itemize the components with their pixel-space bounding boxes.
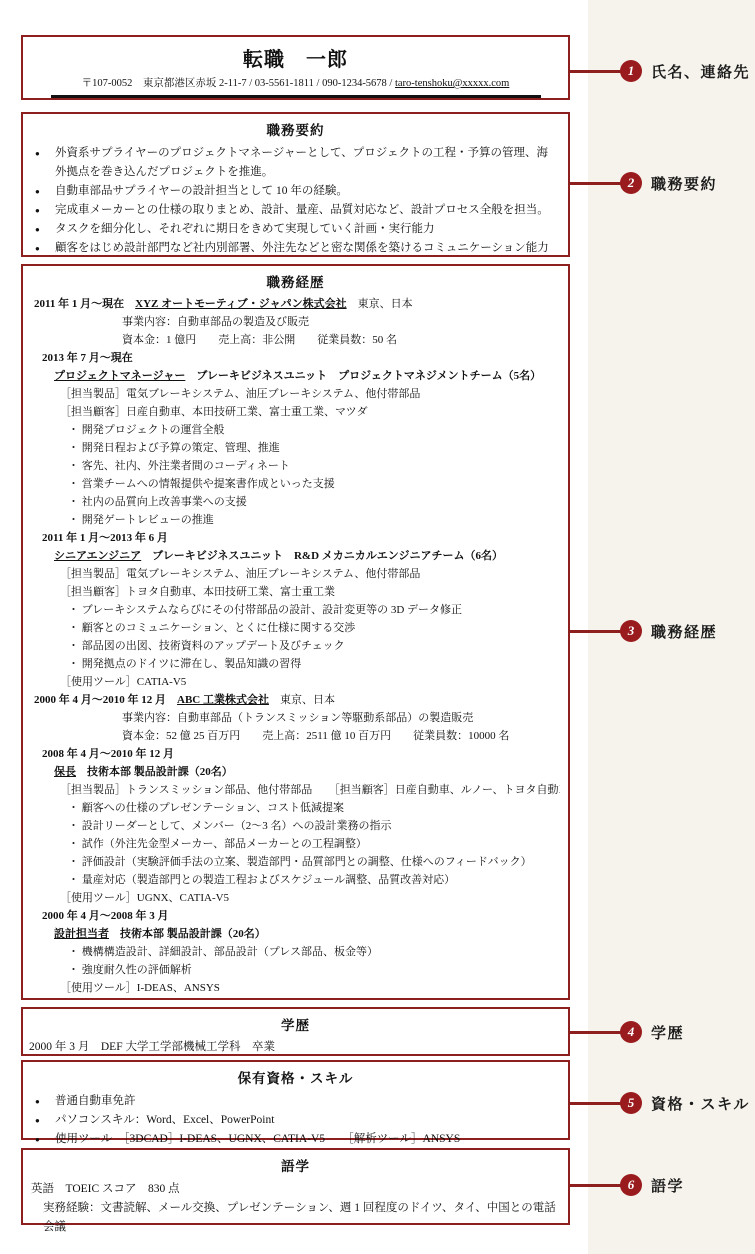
career-line: 設計担当者 技術本部 製品設計課（20名） [34, 925, 560, 943]
candidate-name: 転職 一郎 [23, 43, 568, 72]
summary-section-title: 職務要約 [23, 114, 568, 139]
career-line: ・ 営業チームへの情報提供や提案書作成といった支援 [34, 475, 560, 493]
bullet-text: 普通自動車免許 [55, 1092, 136, 1111]
career-line: 事業内容：自動車部品（トランスミッション等駆動系部品）の製造販売 [34, 709, 560, 727]
bullet-text: 使用ツール ［3DCAD］I-DEAS、UGNX、CATIA-V5 ［解析ツール… [55, 1130, 460, 1149]
text-segment: ・ 開発ゲートレビューの推進 [68, 514, 214, 526]
career-line: ・ 顧客への仕様のプレゼンテーション、コスト低減提案 [34, 799, 560, 817]
bullet-icon: ● [35, 239, 55, 258]
text-segment: ［担当顧客］日産自動車、本田技研工業、富士重工業、マツダ [60, 406, 368, 418]
skills-section: 保有資格・スキル ● 普通自動車免許 ● パソコンスキル：Word、Excel、… [21, 1060, 570, 1140]
summary-bullet-item: ● 完成車メーカーとの仕様の取りまとめ、設計、量産、品質対応など、設計プロセス全… [35, 201, 558, 220]
email-link[interactable]: taro-tenshoku@xxxxx.com [395, 78, 509, 89]
bullet-text: 自動車部品サプライヤーの設計担当として 10 年の経験。 [55, 182, 348, 201]
annotation-number-badge: 2 [620, 172, 642, 194]
career-line: ・ 機構構造設計、詳細設計、部品設計（プレス部品、板金等） [34, 943, 560, 961]
connector-line [570, 1031, 622, 1034]
text-segment: ・ 開発拠点のドイツに滞在し、製品知識の習得 [68, 658, 301, 670]
career-line: ［使用ツール］UGNX、CATIA-V5 [34, 889, 560, 907]
annotation-label: 職務要約 [651, 173, 717, 194]
summary-bullet-item: ● タスクを細分化し、それぞれに期日をきめて実現していく計画・実行能力 [35, 220, 558, 239]
annotation-callout: 6 語学 [570, 1173, 684, 1197]
bullet-icon: ● [35, 1111, 55, 1130]
career-line: 資本金：52 億 25 百万円 売上高：2511 億 10 百万円 従業員数：1… [34, 727, 560, 745]
bullet-text: パソコンスキル：Word、Excel、PowerPoint [55, 1111, 274, 1130]
connector-line [570, 70, 622, 73]
text-segment: 事業内容：自動車部品の製造及び販売 [122, 316, 309, 328]
connector-line [570, 182, 622, 185]
career-line: ［担当製品］電気ブレーキシステム、油圧ブレーキシステム、他付帯部品 [34, 385, 560, 403]
text-segment: ［担当製品］電気ブレーキシステム、油圧ブレーキシステム、他付帯部品 [60, 568, 420, 580]
text-segment: ブレーキビジネスユニット R&D メカニカルエンジニアチーム（6名） [141, 550, 503, 562]
bullet-icon: ● [35, 201, 55, 220]
annotation-label: 学歴 [651, 1022, 684, 1043]
annotation-label: 職務経歴 [651, 621, 717, 642]
education-section-title: 学歴 [23, 1009, 568, 1034]
text-segment: ・ 社内の品質向上改善事業への支援 [68, 496, 247, 508]
text-segment: ［担当製品］電気ブレーキシステム、油圧ブレーキシステム、他付帯部品 [60, 388, 420, 400]
summary-bullet-item: ● 外資系サプライヤーのプロジェクトマネージャーとして、プロジェクトの工程・予算… [35, 144, 558, 182]
annotation-number-badge: 4 [620, 1021, 642, 1043]
text-segment: ・ 客先、社内、外注業者間のコーディネート [68, 460, 290, 472]
text-segment: 2000 年 4 月～2010 年 12 月 [34, 694, 177, 706]
text-segment: 東京、日本 [269, 694, 335, 706]
education-section: 学歴 2000 年 3 月 DEF 大学工学部機械工学科 卒業 [21, 1007, 570, 1056]
career-line: ・ 設計リーダーとして、メンバー（2～3 名）への設計業務の指示 [34, 817, 560, 835]
resume-guide-page: { "colors": { "accent": "#8e1f1f", "badg… [0, 0, 755, 1254]
career-line: 2000 年 4 月～2010 年 12 月 ABC 工業株式会社 東京、日本 [34, 691, 560, 709]
career-line: 2013 年 7 月～現在 [34, 349, 560, 367]
career-line: ・ 開発日程および予算の策定、管理、推進 [34, 439, 560, 457]
text-segment: ［担当製品］トランスミッション部品、他付帯部品 ［担当顧客］日産自動車、ルノー、… [60, 784, 560, 796]
bullet-text: 外資系サプライヤーのプロジェクトマネージャーとして、プロジェクトの工程・予算の管… [55, 144, 558, 182]
language-section: 語学 英語 TOEIC スコア 830 点 実務経験：文書読解、メール交換、プレ… [21, 1148, 570, 1225]
text-segment: 東京、日本 [347, 298, 413, 310]
career-line: ・ 開発ゲートレビューの推進 [34, 511, 560, 529]
career-line: 保長 技術本部 製品設計課（20名） [34, 763, 560, 781]
bullet-text: 完成車メーカーとの仕様の取りまとめ、設計、量産、品質対応など、設計プロセス全般を… [55, 201, 549, 220]
text-segment: 2011 年 1 月～現在 [34, 298, 135, 310]
annotation-number-badge: 6 [620, 1174, 642, 1196]
text-segment: 2013 年 7 月～現在 [42, 352, 133, 364]
career-line: ［担当顧客］日産自動車、本田技研工業、富士重工業、マツダ [34, 403, 560, 421]
annotation-number-badge: 5 [620, 1092, 642, 1114]
bullet-icon: ● [35, 182, 55, 201]
text-segment: ・ 量産対応（製造部門との製造工程およびスケジュール調整、品質改善対応） [68, 874, 455, 886]
bullet-icon: ● [35, 1092, 55, 1111]
skills-bullet-item: ● パソコンスキル：Word、Excel、PowerPoint [35, 1111, 558, 1130]
career-line: ［担当製品］電気ブレーキシステム、油圧ブレーキシステム、他付帯部品 [34, 565, 560, 583]
education-line: 2000 年 3 月 DEF 大学工学部機械工学科 卒業 [23, 1038, 568, 1054]
connector-line [570, 1184, 622, 1187]
contact-text: 〒107-0052 東京都港区赤坂 2-11-7 / 03-5561-1811 … [82, 78, 395, 89]
annotation-label: 語学 [651, 1175, 684, 1196]
text-segment: ・ 機構構造設計、詳細設計、部品設計（プレス部品、板金等） [68, 946, 378, 958]
bullet-icon: ● [35, 220, 55, 239]
text-segment: シニアエンジニア [54, 550, 141, 562]
summary-bullet-list: ● 外資系サプライヤーのプロジェクトマネージャーとして、プロジェクトの工程・予算… [23, 139, 568, 258]
skills-bullet-list: ● 普通自動車免許 ● パソコンスキル：Word、Excel、PowerPoin… [23, 1087, 568, 1149]
text-segment: 事業内容：自動車部品（トランスミッション等駆動系部品）の製造販売 [122, 712, 473, 724]
text-segment: ・ 強度耐久性の評価解析 [68, 964, 192, 976]
annotation-label: 氏名、連絡先 [651, 61, 750, 82]
text-segment: 技術本部 製品設計課（20名） [76, 766, 233, 778]
bullet-text: 顧客をはじめ設計部門など社内別部署、外注先などと密な関係を築けるコミュニケーショ… [55, 239, 549, 258]
skills-bullet-item: ● 使用ツール ［3DCAD］I-DEAS、UGNX、CATIA-V5 ［解析ツ… [35, 1130, 558, 1149]
annotation-callout: 3 職務経歴 [570, 619, 717, 643]
text-segment: ・ 部品図の出図、技術資料のアップデート及びチェック [68, 640, 345, 652]
text-segment: 資本金：52 億 25 百万円 売上高：2511 億 10 百万円 従業員数：1… [122, 730, 509, 742]
career-line: ・ 部品図の出図、技術資料のアップデート及びチェック [34, 637, 560, 655]
text-segment: 2000 年 4 月～2008 年 3 月 [42, 910, 169, 922]
language-section-title: 語学 [23, 1150, 568, 1175]
career-line: ・ 試作（外注先金型メーカー、部品メーカーとの工程調整） [34, 835, 560, 853]
career-line: ・ 顧客とのコミュニケーション、とくに仕様に関する交渉 [34, 619, 560, 637]
text-segment: 2011 年 1 月～2013 年 6 月 [42, 532, 168, 544]
career-line-list: 2011 年 1 月～現在 XYZ オートモーティブ・ジャパン株式会社 東京、日… [23, 291, 568, 997]
summary-section: 職務要約 ● 外資系サプライヤーのプロジェクトマネージャーとして、プロジェクトの… [21, 112, 570, 257]
annotation-number-badge: 1 [620, 60, 642, 82]
text-segment: ［使用ツール］I-DEAS、ANSYS [60, 982, 220, 994]
career-line: シニアエンジニア ブレーキビジネスユニット R&D メカニカルエンジニアチーム（… [34, 547, 560, 565]
annotation-callout: 4 学歴 [570, 1020, 684, 1044]
annotation-number-badge: 3 [620, 620, 642, 642]
text-segment: ABC 工業株式会社 [177, 694, 269, 706]
career-line: ・ 開発プロジェクトの運営全般 [34, 421, 560, 439]
annotation-callout: 2 職務要約 [570, 171, 717, 195]
annotation-callout: 5 資格・スキル [570, 1091, 750, 1115]
skills-section-title: 保有資格・スキル [23, 1062, 568, 1087]
career-line: 2000 年 4 月～2008 年 3 月 [34, 907, 560, 925]
text-segment: ・ 設計リーダーとして、メンバー（2～3 名）への設計業務の指示 [68, 820, 392, 832]
text-segment: ［使用ツール］CATIA-V5 [60, 676, 186, 688]
summary-bullet-item: ● 顧客をはじめ設計部門など社内別部署、外注先などと密な関係を築けるコミュニケー… [35, 239, 558, 258]
text-segment: ・ 評価設計（実験評価手法の立案、製造部門・品質部門との調整、仕様へのフィードバ… [68, 856, 532, 868]
connector-line [570, 1102, 622, 1105]
career-line: ・ 社内の品質向上改善事業への支援 [34, 493, 560, 511]
text-segment: 設計担当者 [54, 928, 109, 940]
career-line: ・ 開発拠点のドイツに滞在し、製品知識の習得 [34, 655, 560, 673]
annotation-label: 資格・スキル [651, 1093, 750, 1114]
text-segment: ・ 開発プロジェクトの運営全般 [68, 424, 225, 436]
career-line: 2011 年 1 月～2013 年 6 月 [34, 529, 560, 547]
career-line: ・ 評価設計（実験評価手法の立案、製造部門・品質部門との調整、仕様へのフィードバ… [34, 853, 560, 871]
connector-line [570, 630, 622, 633]
annotation-callout: 1 氏名、連絡先 [570, 59, 750, 83]
career-line: ・ 量産対応（製造部門との製造工程およびスケジュール調整、品質改善対応） [34, 871, 560, 889]
text-segment: プロジェクトマネージャー [54, 370, 185, 382]
text-segment: ブレーキビジネスユニット プロジェクトマネジメントチーム（5名） [185, 370, 541, 382]
text-segment: ・ 顧客への仕様のプレゼンテーション、コスト低減提案 [68, 802, 344, 814]
text-segment: 資本金：1 億円 売上高：非公開 従業員数：50 名 [122, 334, 397, 346]
career-line: プロジェクトマネージャー ブレーキビジネスユニット プロジェクトマネジメントチー… [34, 367, 560, 385]
skills-bullet-item: ● 普通自動車免許 [35, 1092, 558, 1111]
career-line: ［使用ツール］CATIA-V5 [34, 673, 560, 691]
career-line: ［担当顧客］トヨタ自動車、本田技研工業、富士重工業 [34, 583, 560, 601]
summary-bullet-item: ● 自動車部品サプライヤーの設計担当として 10 年の経験。 [35, 182, 558, 201]
contact-line: 〒107-0052 東京都港区赤坂 2-11-7 / 03-5561-1811 … [23, 75, 568, 90]
bullet-icon: ● [35, 1130, 55, 1149]
text-segment: ［使用ツール］UGNX、CATIA-V5 [60, 892, 229, 904]
text-segment: ・ 開発日程および予算の策定、管理、推進 [68, 442, 280, 454]
career-line: ・ 強度耐久性の評価解析 [34, 961, 560, 979]
text-segment: XYZ オートモーティブ・ジャパン株式会社 [135, 298, 346, 310]
bullet-text: タスクを細分化し、それぞれに期日をきめて実現していく計画・実行能力 [55, 220, 435, 239]
text-segment: ［担当顧客］トヨタ自動車、本田技研工業、富士重工業 [60, 586, 335, 598]
career-line: ［使用ツール］I-DEAS、ANSYS [34, 979, 560, 997]
text-segment: 技術本部 製品設計課（20名） [109, 928, 266, 940]
name-contact-section: 転職 一郎 〒107-0052 東京都港区赤坂 2-11-7 / 03-5561… [21, 35, 570, 100]
career-section-title: 職務経歴 [23, 266, 568, 291]
language-line-list: 英語 TOEIC スコア 830 点 実務経験：文書読解、メール交換、プレゼンテ… [23, 1175, 568, 1237]
career-line: ・ 客先、社内、外注業者間のコーディネート [34, 457, 560, 475]
language-line: 英語 TOEIC スコア 830 点 [31, 1180, 560, 1199]
text-segment: ・ ブレーキシステムならびにその付帯部品の設計、設計変更等の 3D データ修正 [68, 604, 462, 616]
career-line: 事業内容：自動車部品の製造及び販売 [34, 313, 560, 331]
career-section: 職務経歴 2011 年 1 月～現在 XYZ オートモーティブ・ジャパン株式会社… [21, 264, 570, 1000]
career-line: 2008 年 4 月～2010 年 12 月 [34, 745, 560, 763]
text-segment: 2008 年 4 月～2010 年 12 月 [42, 748, 174, 760]
header-divider [51, 95, 541, 98]
language-line: 実務経験：文書読解、メール交換、プレゼンテーション、週 1 回程度のドイツ、タイ… [31, 1199, 560, 1237]
career-line: 2011 年 1 月～現在 XYZ オートモーティブ・ジャパン株式会社 東京、日… [34, 295, 560, 313]
text-segment: 保長 [54, 766, 76, 778]
career-line: 資本金：1 億円 売上高：非公開 従業員数：50 名 [34, 331, 560, 349]
bullet-icon: ● [35, 144, 55, 182]
text-segment: ・ 営業チームへの情報提供や提案書作成といった支援 [68, 478, 335, 490]
text-segment: ・ 顧客とのコミュニケーション、とくに仕様に関する交渉 [68, 622, 355, 634]
career-line: ［担当製品］トランスミッション部品、他付帯部品 ［担当顧客］日産自動車、ルノー、… [34, 781, 560, 799]
career-line: ・ ブレーキシステムならびにその付帯部品の設計、設計変更等の 3D データ修正 [34, 601, 560, 619]
text-segment: ・ 試作（外注先金型メーカー、部品メーカーとの工程調整） [68, 838, 367, 850]
